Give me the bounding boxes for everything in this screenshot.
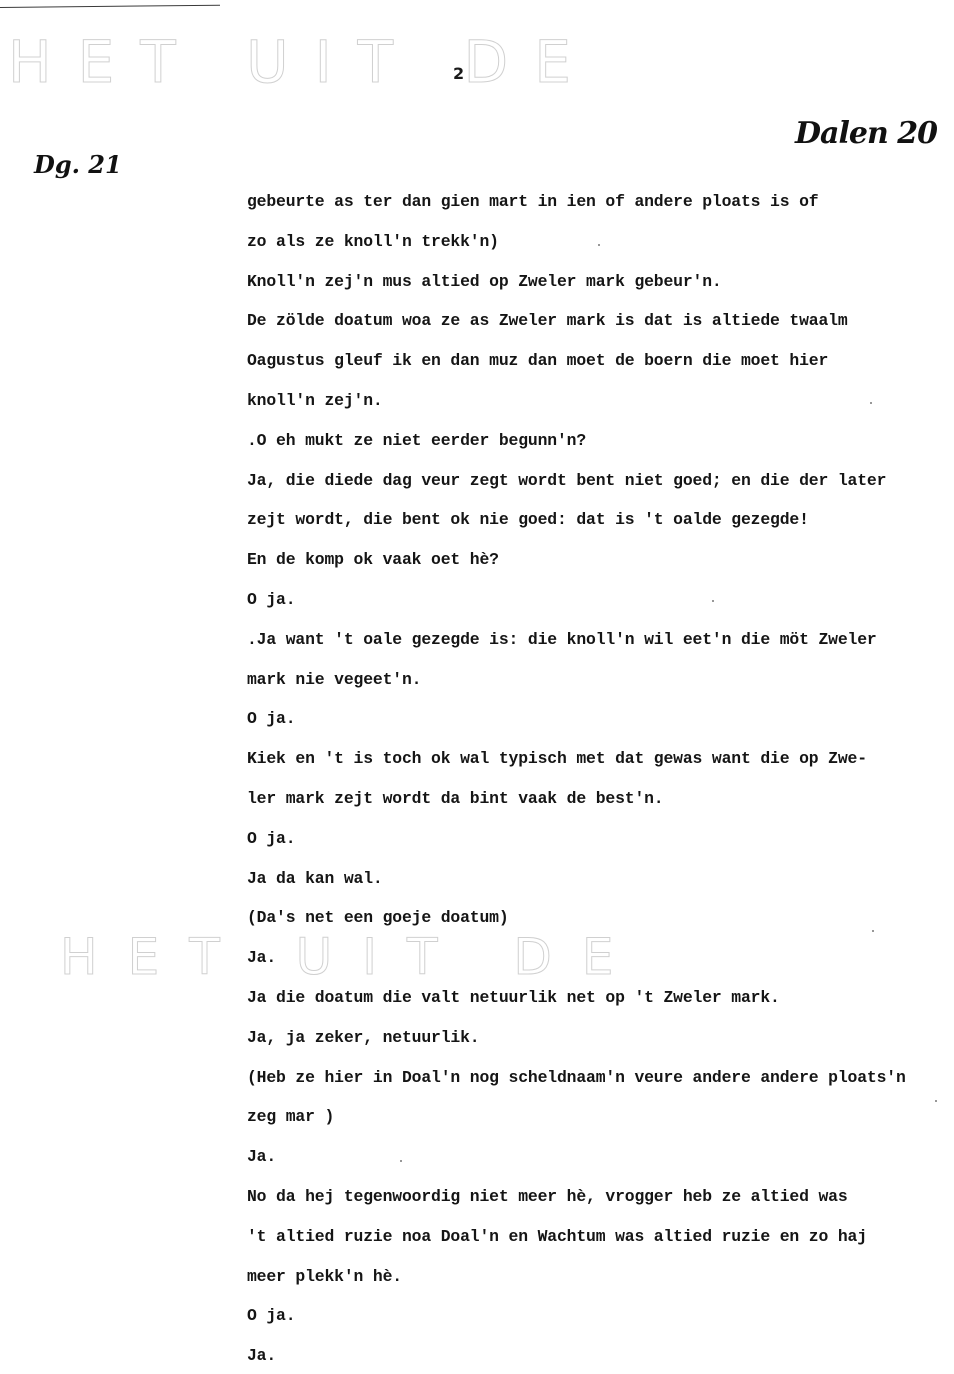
handwritten-annotation-left: Dg. 21 — [34, 150, 122, 179]
transcript-line: .Ja want 't oale gezegde is: die knoll'n… — [247, 620, 947, 660]
transcript-line: ler mark zejt wordt da bint vaak de best… — [247, 779, 947, 819]
transcript-line: zejt wordt, die bent ok nie goed: dat is… — [247, 500, 947, 540]
transcript-body: gebeurte as ter dan gien mart in ien of … — [247, 182, 947, 1374]
transcript-line: Ja da kan wal. — [247, 859, 947, 899]
transcript-line: Kiek en 't is toch ok wal typisch met da… — [247, 739, 947, 779]
scan-speck — [870, 402, 872, 404]
top-edge-rule — [0, 5, 220, 8]
transcript-line: (Da's net een goeje doatum) — [247, 898, 947, 938]
transcript-line: mark nie vegeet'n. — [247, 660, 947, 700]
transcript-line: O ja. — [247, 699, 947, 739]
page-number: 2 — [453, 64, 464, 83]
scan-speck — [935, 1100, 937, 1102]
transcript-line: O ja. — [247, 819, 947, 859]
transcript-line: .O eh mukt ze niet eerder begunn'n? — [247, 421, 947, 461]
scan-speck — [400, 1160, 402, 1162]
transcript-line: Ja, die diede dag veur zegt wordt bent n… — [247, 461, 947, 501]
transcript-line: Ja, ja zeker, netuurlik. — [247, 1018, 947, 1058]
transcript-line: 't altied ruzie noa Doal'n en Wachtum wa… — [247, 1217, 947, 1257]
transcript-line: gebeurte as ter dan gien mart in ien of … — [247, 182, 947, 222]
scan-speck — [872, 930, 874, 932]
transcript-line: Oagustus gleuf ik en dan muz dan moet de… — [247, 341, 947, 381]
scan-speck — [712, 600, 714, 602]
transcript-line: Ja. — [247, 1336, 947, 1374]
transcript-line: O ja. — [247, 1296, 947, 1336]
transcript-line: (Heb ze hier in Doal'n nog scheldnaam'n … — [247, 1058, 947, 1098]
transcript-line: zo als ze knoll'n trekk'n) — [247, 222, 947, 262]
faded-stamp-top: HET UIT DE — [8, 28, 597, 96]
transcript-line: En de komp ok vaak oet hè? — [247, 540, 947, 580]
transcript-line: Ja. — [247, 1137, 947, 1177]
transcript-line: O ja. — [247, 580, 947, 620]
transcript-line: Ja die doatum die valt netuurlik net op … — [247, 978, 947, 1018]
transcript-line: De zölde doatum woa ze as Zweler mark is… — [247, 301, 947, 341]
handwritten-annotation-right: Dalen 20 — [795, 116, 937, 151]
transcript-line: meer plekk'n hè. — [247, 1257, 947, 1297]
transcript-line: Ja. — [247, 938, 947, 978]
transcript-line: Knoll'n zej'n mus altied op Zweler mark … — [247, 262, 947, 302]
transcript-line: zeg mar ) — [247, 1097, 947, 1137]
transcript-line: No da hej tegenwoordig niet meer hè, vro… — [247, 1177, 947, 1217]
transcript-line: knoll'n zej'n. — [247, 381, 947, 421]
scan-speck — [598, 244, 600, 246]
